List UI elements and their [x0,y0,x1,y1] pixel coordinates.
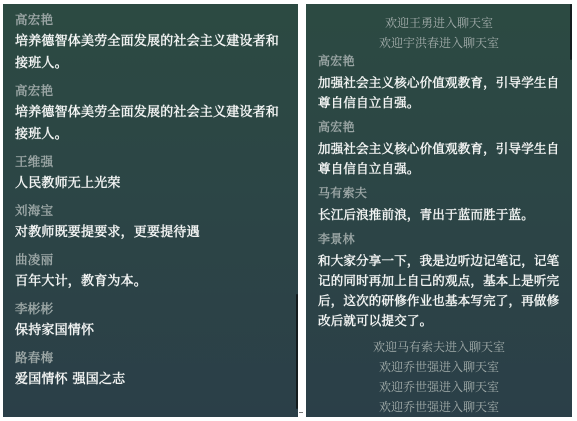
scrollbar-thumb[interactable] [570,4,572,60]
chat-message: 高宏艳 培养德智体美劳全面发展的社会主义建设者和接班人。 [15,82,286,146]
chat-message: 王维强 人民教师无上光荣 [15,153,286,195]
message-text: 对教师既要提要求，更要提待遇 [15,222,286,244]
message-text: 爱国情怀 强国之志 [15,369,286,391]
message-text: 百年大计，教育为本。 [15,271,286,293]
chat-panel-left[interactable]: 高宏艳 培养德智体美劳全面发展的社会主义建设者和接班人。 高宏艳 培养德智体美劳… [3,4,298,417]
message-text: 保持家国情怀 [15,320,286,342]
sender-name: 刘海宝 [15,202,286,219]
message-text: 人民教师无上光荣 [15,173,286,195]
chat-message: 高宏艳 加强社会主义核心价值观教育，引导学生自尊自信自立自强。 [318,53,560,113]
sender-name: 高宏艳 [15,82,286,99]
system-join-notice: 欢迎乔世强进入聊天室 [318,397,560,417]
sender-name: 马有索夫 [318,185,560,202]
system-join-notice: 欢迎乔世强进入聊天室 [318,377,560,397]
sender-name: 路春梅 [15,349,286,366]
system-join-notice: 欢迎乔世强进入聊天室 [318,357,560,377]
chat-message: 高宏艳 加强社会主义核心价值观教育，引导学生自尊自信自立自强。 [318,119,560,179]
message-text: 培养德智体美劳全面发展的社会主义建设者和接班人。 [15,102,286,146]
chat-panel-right[interactable]: 欢迎王勇进入聊天室 欢迎宇洪春进入聊天室 高宏艳 加强社会主义核心价值观教育，引… [306,4,572,417]
message-text: 和大家分享一下，我是边听边记笔记，记笔记的同时再加上自己的观点，基本上是听完后，… [318,251,560,331]
message-text: 加强社会主义核心价值观教育，引导学生自尊自信自立自强。 [318,139,560,179]
message-text: 长江后浪推前浪，青出于蓝而胜于蓝。 [318,205,560,225]
message-text: 培养德智体美劳全面发展的社会主义建设者和接班人。 [15,31,286,75]
sender-name: 李彬彬 [15,300,286,317]
message-text: 加强社会主义核心价值观教育，引导学生自尊自信自立自强。 [318,73,560,113]
divider-mark [299,412,303,413]
sender-name: 王维强 [15,153,286,170]
scrollbar-thumb[interactable] [296,294,298,409]
system-join-notice: 欢迎宇洪春进入聊天室 [318,33,560,53]
system-join-notice: 欢迎王勇进入聊天室 [318,13,560,33]
sender-name: 李景林 [318,231,560,248]
chat-message: 曲凌丽 百年大计，教育为本。 [15,251,286,293]
chat-message: 高宏艳 培养德智体美劳全面发展的社会主义建设者和接班人。 [15,11,286,75]
system-join-notice: 欢迎马有索夫进入聊天室 [318,337,560,357]
sender-name: 曲凌丽 [15,251,286,268]
chat-message: 李景林 和大家分享一下，我是边听边记笔记，记笔记的同时再加上自己的观点，基本上是… [318,231,560,331]
sender-name: 高宏艳 [318,119,560,136]
sender-name: 高宏艳 [318,53,560,70]
sender-name: 高宏艳 [15,11,286,28]
chat-message: 刘海宝 对教师既要提要求，更要提待遇 [15,202,286,244]
chat-message: 李彬彬 保持家国情怀 [15,300,286,342]
chat-message: 路春梅 爱国情怀 强国之志 [15,349,286,391]
chat-message: 马有索夫 长江后浪推前浪，青出于蓝而胜于蓝。 [318,185,560,225]
